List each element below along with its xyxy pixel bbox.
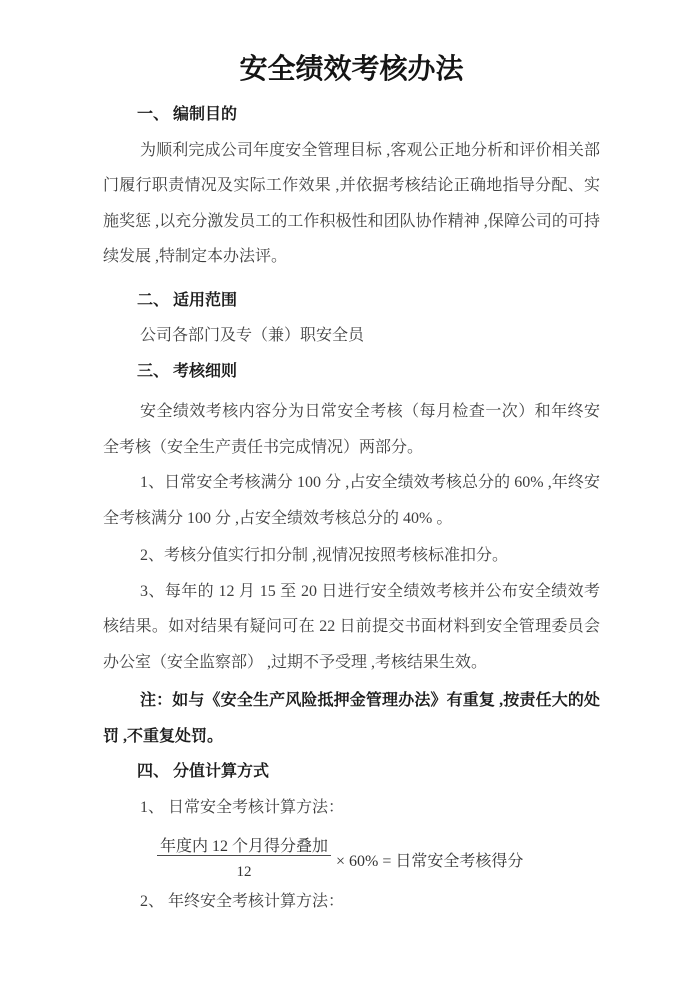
document-title: 安全绩效考核办法 [103,50,600,90]
document-page: 安全绩效考核办法 一、 编制目的 为顺利完成公司年度安全管理目标 ,客观公正地分… [0,0,700,990]
purpose-paragraph: 为顺利完成公司年度安全管理目标 ,客观公正地分析和评价相关部门履行职责情况及实际… [103,133,600,275]
section-2-heading: 二、 适用范围 [103,283,600,319]
daily-score-formula: 年度内 12 个月得分叠加 12 × 60% = 日常安全考核得分 [157,834,600,884]
item-1-paragraph: 1、日常安全考核满分 100 分 ,占安全绩效考核总分的 60% ,年终安全考核… [103,465,600,536]
item-3-paragraph: 3、每年的 12 月 15 至 20 日进行安全绩效考核并公布安全绩效考核结果。… [103,574,600,681]
formula-numerator: 年度内 12 个月得分叠加 [157,838,331,856]
scope-paragraph: 公司各部门及专（兼）职安全员 [103,318,600,354]
daily-calc-paragraph: 1、 日常安全考核计算方法： [103,790,600,826]
note-paragraph: 注：如与《安全生产风险抵押金管理办法》有重复 ,按责任大的处罚 ,不重复处罚。 [103,683,600,754]
section-3-heading: 三、 考核细则 [103,354,600,390]
formula-denominator: 12 [157,860,331,884]
assessment-intro-paragraph: 安全绩效考核内容分为日常安全考核（每月检查一次）和年终安全考核（安全生产责任书完… [103,394,600,465]
formula-result: × 60% = 日常安全考核得分 [336,848,523,871]
annual-calc-paragraph: 2、 年终安全考核计算方法： [103,884,600,920]
section-4-heading: 四、 分值计算方式 [103,754,600,790]
formula-fraction: 年度内 12 个月得分叠加 12 [157,834,331,884]
section-1-heading: 一、 编制目的 [103,97,600,133]
item-2-paragraph: 2、考核分值实行扣分制 ,视情况按照考核标准扣分。 [103,538,600,574]
